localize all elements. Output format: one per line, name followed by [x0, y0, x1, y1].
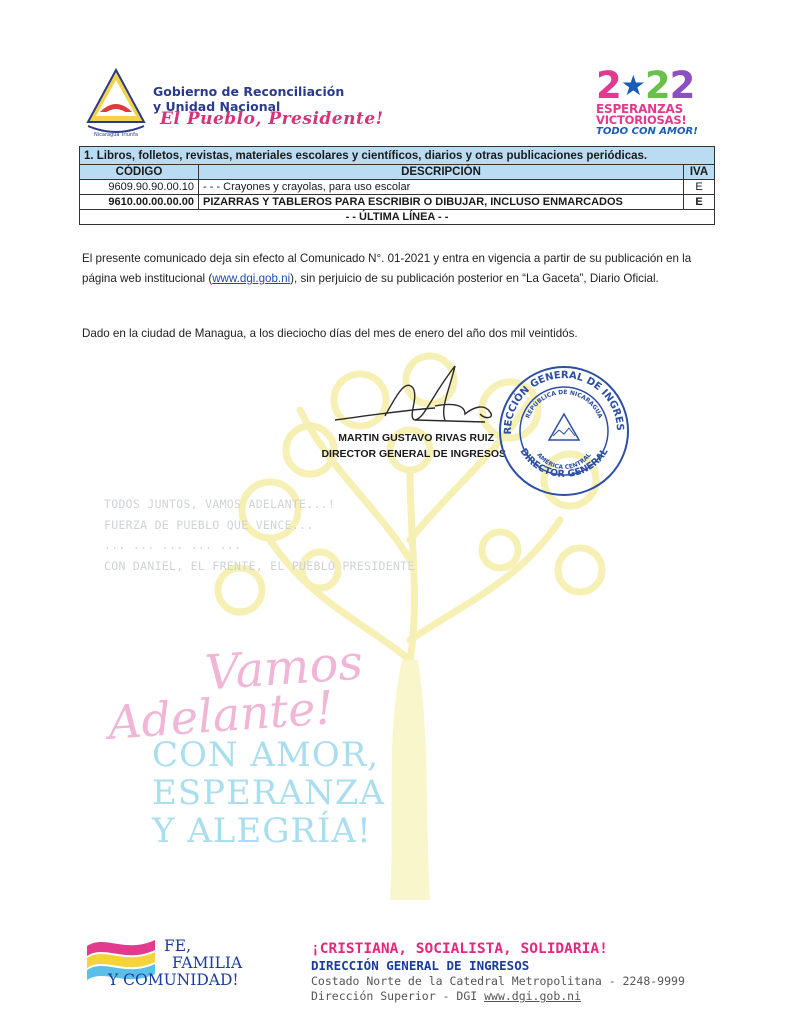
signatory-title: DIRECTOR GENERAL DE INGRESOS	[298, 446, 506, 462]
badge-line2: VICTORIOSAS!	[596, 115, 714, 126]
column-header-iva: IVA	[684, 165, 715, 180]
family-slogan: FE, FAMILIA Y COMUNIDAD!	[160, 938, 242, 989]
faded-slogans: TODOS JUNTOS, VAMOS ADELANTE...! FUERZA …	[104, 494, 415, 576]
table-row: 9609.90.90.00.10 - - - Crayones y crayol…	[80, 180, 715, 195]
table-category-row: 1. Libros, folletos, revistas, materiale…	[80, 147, 715, 165]
date-paragraph: Dado en la ciudad de Managua, a los diec…	[82, 324, 718, 344]
table-row: 9610.00.00.00.00 PIZARRAS Y TABLEROS PAR…	[80, 195, 715, 210]
dgi-website-link[interactable]: www.dgi.gob.ni	[212, 272, 290, 285]
government-name-line1: Gobierno de Reconciliación	[153, 84, 344, 99]
footer-institution: DIRECCIÓN GENERAL DE INGRESOS	[311, 958, 685, 974]
year-digits: 2★22	[596, 68, 714, 104]
government-slogan: El Pueblo, Presidente!	[160, 109, 384, 129]
cell-iva: E	[684, 180, 715, 195]
cell-code: 9610.00.00.00.00	[80, 195, 199, 210]
cell-description: - - - Crayones y crayolas, para uso esco…	[199, 180, 684, 195]
svg-text:Nicaragua Triunfa: Nicaragua Triunfa	[94, 132, 138, 138]
year-2022-badge: 2★22 ESPERANZAS VICTORIOSAS! TODO CON AM…	[596, 68, 714, 138]
footer-slogan: ¡CRISTIANA, SOCIALISTA, SOLIDARIA!	[311, 940, 685, 958]
official-stamp-icon: DIRECCIÓN GENERAL DE INGRESOS DIRECTOR G…	[497, 364, 631, 498]
footer-address: Costado Norte de la Catedral Metropolita…	[311, 974, 685, 989]
footer-office: Dirección Superior - DGI www.dgi.gob.ni	[311, 989, 685, 1004]
cell-iva: E	[684, 195, 715, 210]
badge-line3: TODO CON AMOR!	[596, 126, 714, 137]
footer-website-link[interactable]: www.dgi.gob.ni	[484, 989, 581, 1003]
footer-info: ¡CRISTIANA, SOCIALISTA, SOLIDARIA! DIREC…	[311, 940, 685, 1004]
tariff-table: 1. Libros, folletos, revistas, materiale…	[79, 146, 715, 225]
table-category: 1. Libros, folletos, revistas, materiale…	[80, 147, 715, 165]
column-header-description: DESCRIPCIÓN	[199, 165, 684, 180]
table-header-row: CÓDIGO DESCRIPCIÓN IVA	[80, 165, 715, 180]
signatory-name: MARTIN GUSTAVO RIVAS RUIZ	[308, 430, 494, 446]
signature-icon	[315, 358, 515, 438]
star-icon: ★	[621, 68, 645, 104]
cell-code: 9609.90.90.00.10	[80, 180, 199, 195]
cell-description: PIZARRAS Y TABLEROS PARA ESCRIBIR O DIBU…	[199, 195, 684, 210]
svg-text:DIRECTOR GENERAL: DIRECTOR GENERAL	[517, 447, 610, 481]
validity-paragraph: El presente comunicado deja sin efecto a…	[82, 249, 718, 289]
watermark-slogan: CON AMOR, ESPERANZA Y ALEGRÍA!	[152, 736, 385, 850]
government-triangle-logo-icon: Nicaragua Triunfa	[82, 66, 150, 138]
svg-text:DIRECCIÓN GENERAL DE INGRESOS: DIRECCIÓN GENERAL DE INGRESOS	[497, 364, 625, 435]
table-last-line: - - ÚLTIMA LÍNEA - -	[80, 210, 715, 225]
column-header-code: CÓDIGO	[80, 165, 199, 180]
table-last-line-row: - - ÚLTIMA LÍNEA - -	[80, 210, 715, 225]
